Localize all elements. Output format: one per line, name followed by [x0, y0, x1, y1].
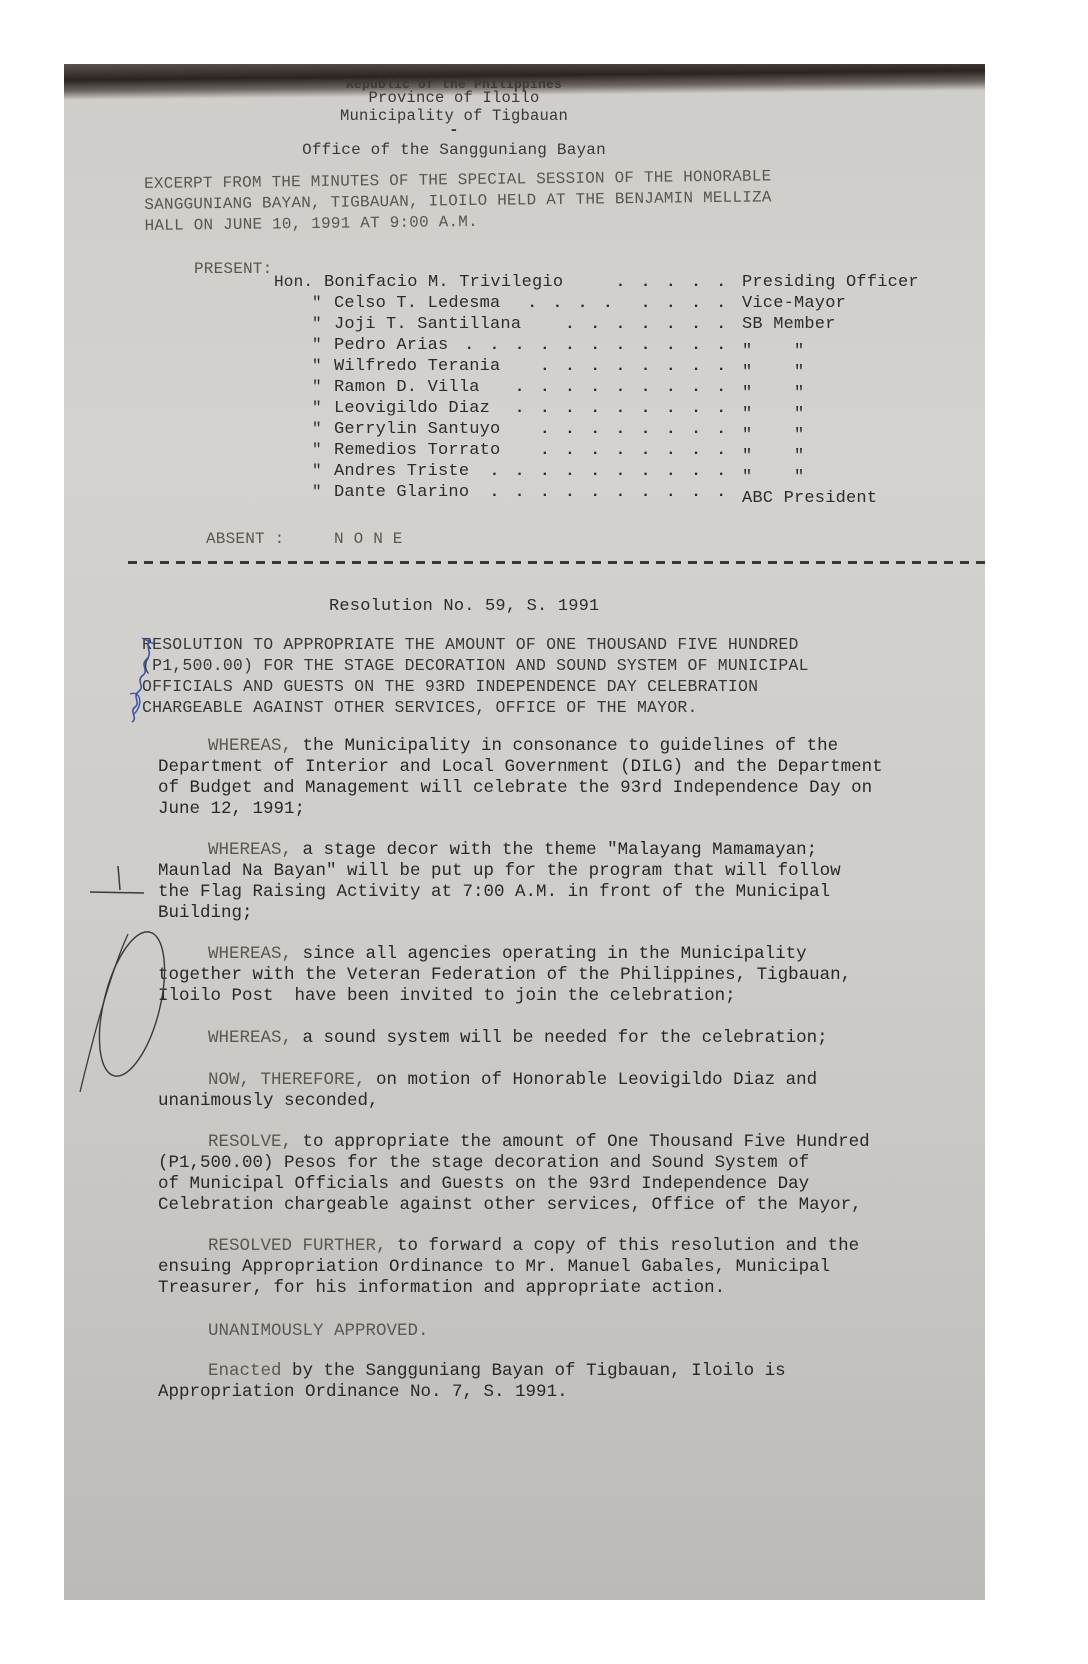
excerpt-line-3: HALL ON JUNE 10, 1991 AT 9:00 A.M. [145, 212, 478, 237]
paragraph-line: Celebration chargeable against other ser… [158, 1195, 862, 1216]
paragraph-lead: Enacted [208, 1361, 282, 1381]
present-label: PRESENT: [194, 259, 272, 280]
member-row: "Pedro Arias. . . . . . . . . . ." " [302, 335, 985, 356]
paragraph-line: the Flag Raising Activity at 7:00 A.M. i… [158, 882, 830, 903]
member-name: Dante Glarino [334, 482, 469, 503]
member-position: SB Member [742, 314, 836, 335]
resolution-title-line: OFFICIALS AND GUESTS ON THE 93RD INDEPEN… [142, 676, 758, 697]
paragraph-line: June 12, 1991; [158, 799, 305, 820]
margin-signature-icon [120, 634, 160, 724]
member-position: ABC President [742, 488, 877, 509]
paragraph-lead: RESOLVE, [208, 1132, 292, 1152]
member-prefix: " [312, 419, 322, 440]
member-dots-leader: . . . . . . . . . . [490, 482, 729, 503]
paragraph-text: on motion of Honorable Leovigildo Diaz a… [366, 1070, 818, 1090]
member-name: Pedro Arias [334, 335, 448, 356]
member-prefix: " [312, 398, 322, 419]
paragraph-lead: NOW, THEREFORE, [208, 1070, 366, 1090]
member-row: "Wilfredo Terania . . . . . . . ." " [302, 356, 985, 377]
paragraph-line: RESOLVED FURTHER, to forward a copy of t… [208, 1236, 859, 1257]
paragraph-text: by the Sangguniang Bayan of Tigbauan, Il… [282, 1361, 786, 1381]
member-row: "Gerrylin Santuyo . . . . . . . ." " [302, 419, 985, 440]
member-row: "Remedios Torrato . . . . . . . ." " [302, 440, 985, 461]
paragraph-line: (P1,500.00) Pesos for the stage decorati… [158, 1153, 809, 1174]
member-row: Hon.Bonifacio M. Trivilegio. . . . .Pres… [274, 272, 964, 293]
paragraph-line: Maunlad Na Bayan" will be put up for the… [158, 861, 841, 882]
member-row: "Dante Glarino. . . . . . . . . .ABC Pre… [302, 482, 985, 503]
member-row: "Joji T. Santillana . . . . . . .SB Memb… [302, 314, 985, 335]
paragraph-line: WHEREAS, a stage decor with the theme "M… [208, 840, 817, 861]
member-name: Celso T. Ledesma [334, 293, 500, 314]
member-row: "Leovigildo Diaz. . . . . . . . ." " [302, 398, 985, 419]
member-dots-leader: . . . . . . . . . [515, 398, 729, 419]
paragraph-lead: RESOLVED FURTHER, [208, 1236, 387, 1256]
paragraph-text: to appropriate the amount of One Thousan… [292, 1132, 870, 1152]
resolution-title-line: (P1,500.00) FOR THE STAGE DECORATION AND… [142, 655, 809, 676]
member-dots-leader: . . . . . . . . . [502, 377, 729, 398]
member-position: Presiding Officer [742, 272, 919, 293]
paragraph-line: ensuing Appropriation Ordinance to Mr. M… [158, 1257, 830, 1278]
paragraph-line: of Budget and Management will celebrate … [158, 778, 872, 799]
paragraph-text: a sound system will be needed for the ce… [292, 1028, 828, 1048]
paragraph-text: the Municipality in consonance to guidel… [292, 736, 838, 756]
member-row: "Andres Triste. . . . . . . . . ." " [302, 461, 985, 482]
paragraph-line: WHEREAS, the Municipality in consonance … [208, 736, 838, 757]
paragraph-line: Building; [158, 903, 253, 924]
margin-zero-mark-icon [74, 924, 174, 1094]
paragraph-line: Treasurer, for his information and appro… [158, 1278, 725, 1299]
member-name: Remedios Torrato [334, 440, 500, 461]
resolution-number: Resolution No. 59, S. 1991 [329, 596, 599, 617]
member-dots-leader: . . . . . . . . [527, 440, 729, 461]
paragraph-line: unanimously seconded, [158, 1091, 379, 1112]
paragraph-lead: WHEREAS, [208, 840, 292, 860]
member-name: Gerrylin Santuyo [334, 419, 500, 440]
header-office: Office of the Sangguniang Bayan [64, 140, 844, 161]
member-dots-leader: . . . . . . . . . . [490, 461, 729, 482]
paragraph-lead: WHEREAS, [208, 944, 292, 964]
paragraph-line: Iloilo Post have been invited to join th… [158, 986, 736, 1007]
member-prefix: " [312, 461, 322, 482]
member-row: "Celso T. Ledesma. . . . . . . .Vice-May… [302, 293, 985, 314]
paragraph-text: since all agencies operating in the Muni… [292, 944, 807, 964]
paragraph-line: WHEREAS, a sound system will be needed f… [208, 1028, 828, 1049]
paragraph-line: RESOLVE, to appropriate the amount of On… [208, 1132, 870, 1153]
member-position: Vice-Mayor [742, 293, 846, 314]
member-dots-leader: . . . . . . . . . . . [464, 335, 729, 356]
resolution-title-line: RESOLUTION TO APPROPRIATE THE AMOUNT OF … [142, 634, 799, 655]
absent-value: N O N E [334, 529, 403, 550]
member-name: Wilfredo Terania [334, 356, 500, 377]
member-dots-leader: . . . . . . . . [527, 356, 729, 377]
paragraph-line: WHEREAS, since all agencies operating in… [208, 944, 807, 965]
member-row: "Ramon D. Villa . . . . . . . . ." " [302, 377, 985, 398]
paragraph-line: together with the Veteran Federation of … [158, 965, 851, 986]
member-prefix: " [312, 377, 322, 398]
paragraph-line: Department of Interior and Local Governm… [158, 757, 883, 778]
member-prefix: " [312, 293, 322, 314]
document-page: Republic of the Philippines Province of … [64, 64, 985, 1600]
member-name: Bonifacio M. Trivilegio [324, 272, 563, 293]
member-name: Leovigildo Diaz [334, 398, 490, 419]
absent-label: ABSENT : [206, 529, 284, 550]
member-name: Ramon D. Villa [334, 377, 480, 398]
paragraph-lead: WHEREAS, [208, 736, 292, 756]
paragraph-text: a stage decor with the theme "Malayang M… [292, 840, 817, 860]
paragraph-line: UNANIMOUSLY APPROVED. [208, 1321, 429, 1342]
member-dots-leader: . . . . . . . . [527, 293, 729, 314]
paragraph-line: Enacted by the Sangguniang Bayan of Tigb… [208, 1361, 786, 1382]
header-separator: - [64, 120, 844, 141]
member-prefix: " [312, 314, 322, 335]
paragraph-lead: WHEREAS, [208, 1028, 292, 1048]
paragraph-line: NOW, THEREFORE, on motion of Honorable L… [208, 1070, 817, 1091]
member-prefix: Hon. [274, 272, 313, 293]
member-prefix: " [312, 356, 322, 377]
paragraph-text: to forward a copy of this resolution and… [387, 1236, 860, 1256]
paragraph-lead: UNANIMOUSLY APPROVED. [208, 1321, 429, 1341]
paragraph-line: of Municipal Officials and Guests on the… [158, 1174, 809, 1195]
margin-tick-mark-icon [84, 864, 164, 904]
member-dots-leader: . . . . . . . . [527, 419, 729, 440]
member-prefix: " [312, 335, 322, 356]
section-divider [128, 561, 985, 564]
member-dots-leader: . . . . . [616, 272, 729, 293]
resolution-title-line: CHARGEABLE AGAINST OTHER SERVICES, OFFIC… [142, 697, 698, 718]
member-prefix: " [312, 440, 322, 461]
member-prefix: " [312, 482, 322, 503]
member-name: Joji T. Santillana [334, 314, 521, 335]
member-name: Andres Triste [334, 461, 469, 482]
member-dots-leader: . . . . . . . [553, 314, 729, 335]
paragraph-line: Appropriation Ordinance No. 7, S. 1991. [158, 1382, 568, 1403]
